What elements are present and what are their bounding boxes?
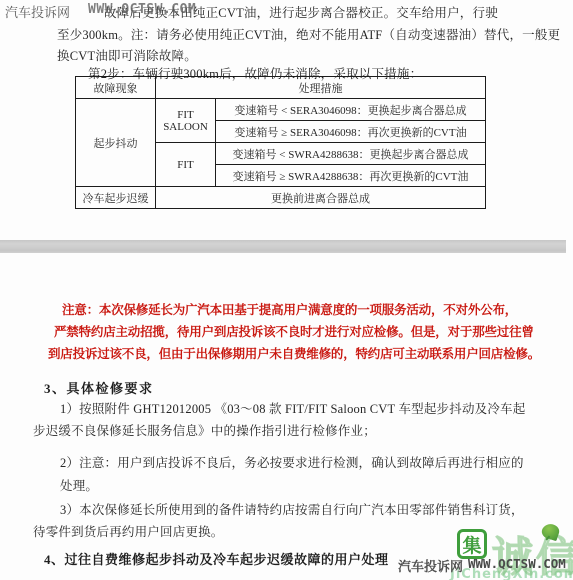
table-header-row: 故障现象 处理措施 <box>76 77 486 99</box>
section3-heading: 3、具体检修要求 <box>44 378 154 397</box>
logo-character: 集 <box>462 531 481 558</box>
table-row: 起步抖动 FIT SALOON 变速箱号 < SERA3046098：更换起步离… <box>76 99 486 121</box>
watermark-site-url-bottom: WWW.QCTSW.COM <box>468 556 566 571</box>
model-fit-cell: FIT <box>156 143 216 187</box>
item3-line: 待零件到货后再约用户回店更换。 <box>33 522 224 540</box>
jichengxin-logo-icon: 集 <box>457 529 487 559</box>
item1-line: 步迟缓不良保修延长服务信息》中的操作指引进行检修作业； <box>33 421 376 439</box>
page-separator <box>0 240 566 253</box>
measures-table: 故障现象 处理措施 起步抖动 FIT SALOON 变速箱号 < SERA304… <box>75 76 486 209</box>
measure-cell: 变速箱号 < SWRA4288638：更换起步离合器总成 <box>216 143 486 165</box>
measure-cell: 变速箱号 < SERA3046098：更换起步离合器总成 <box>216 99 486 121</box>
header-symptom-cell: 故障现象 <box>76 77 156 99</box>
table-row: 冷车起步迟缓 更换前进离合器总成 <box>76 187 486 209</box>
item3-line: 3）本次保修延长所使用到的备件请特约店按需自行向广汽本田零部件销售科订货， <box>60 500 524 518</box>
measure-cell: 变速箱号 ≥ SERA3046098：再次更换新的CVT油 <box>216 121 486 143</box>
model-saloon-cell: FIT SALOON <box>156 99 216 143</box>
item2-line: 处理。 <box>60 476 98 494</box>
notice-red-line: 到店投诉过该不良，但由于出保修期用户未自费维修的，特约店可主动联系用户回店检修。 <box>48 344 540 362</box>
item2-line: 2）注意：用户到店投诉不良后，务必按要求进行检测，确认到故障后再进行相应的 <box>60 453 524 471</box>
notice-red-line: 严禁特约店主动招揽，待用户到店投诉该不良时才进行对应检修。但是，对于那些过往曾 <box>54 322 534 340</box>
notice-red-line: 注意：本次保修延长为广汽本田基于提高用户满意度的一项服务活动，不对外公布， <box>62 300 517 318</box>
measure-cold-cell: 更换前进离合器总成 <box>156 187 486 209</box>
watermark-ghost-text: 诚信 <box>492 524 573 580</box>
symptom-cold-cell: 冷车起步迟缓 <box>76 187 156 209</box>
body-text-line: 至少300km。注：请务必使用纯正CVT油，绝对不能用ATF（自动变速器油）替代… <box>57 25 560 43</box>
symptom-shudder-cell: 起步抖动 <box>76 99 156 187</box>
watermark-site-name-bottom: 汽车投诉网 <box>398 556 463 575</box>
watermark-site-name: 汽车投诉网 <box>5 2 70 21</box>
header-measure-cell: 处理措施 <box>156 77 486 99</box>
item1-line: 1）按照附件 GHT12012005 《03～08 款 FIT/FIT Salo… <box>60 399 525 417</box>
watermark-site-url: WWW.QCTSW.COM <box>88 2 196 17</box>
body-text-line: 换CVT油即可消除故障。 <box>57 46 197 64</box>
measure-cell: 变速箱号 ≥ SWRA4288638：再次更换新的CVT油 <box>216 165 486 187</box>
section4-heading: 4、过往自费维修起步抖动及冷车起步迟缓故障的用户处理 <box>44 549 389 568</box>
